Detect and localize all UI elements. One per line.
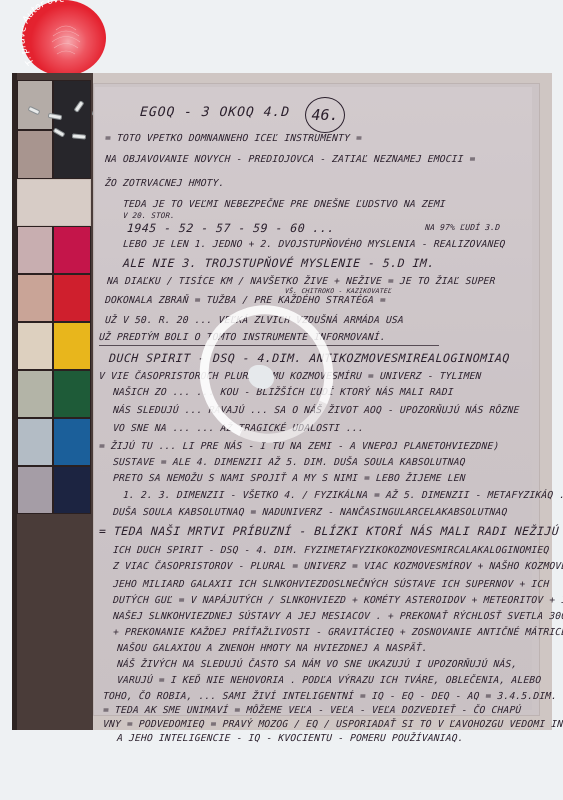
text-line: 1. 2. 3. DIMENZII - VŠETKO 4. / FYZIKÁLN… xyxy=(123,490,563,501)
patch-magenta xyxy=(53,226,91,274)
page-number: 46. xyxy=(305,97,345,133)
text-line: VŠ. CHITROKO - KAZIKOVATEĽ xyxy=(285,287,393,295)
text-line: ALE NIE 3. TROJSTUPŇOVÉ MYSLENIE - 5.D I… xyxy=(123,256,436,270)
text-line: = TOTO VPETKO DOMNANNEHO ICEĽ INSTRUMENT… xyxy=(105,133,363,144)
manuscript-header: EGOQ - 3 OKOQ 4.D xyxy=(139,105,290,120)
text-line: NA 97% ĽUDÍ 3.D xyxy=(425,223,501,232)
text-line: NAŠOU GALAXIOU A ZNENOH HMOTY NA HVIEZDN… xyxy=(117,643,429,654)
color-calibration-strip xyxy=(12,73,93,730)
text-line: NAŠEJ SLNKOHVIEZDNEJ SÚSTAVY A JEJ MESIA… xyxy=(113,611,563,622)
text-line: PRETO SA NEMOŽU S NAMI SPOJIŤ A MY S NIM… xyxy=(113,473,466,484)
patch-blue xyxy=(53,418,91,466)
text-line: JEHO MILIARD GALAXII ICH SLNKOHVIEZDOSLN… xyxy=(113,579,550,590)
patch-lilac-gray xyxy=(17,466,53,514)
text-line: ICH DUCH SPIRIT - DSQ - 4. DIM. FYZIMETA… xyxy=(113,545,550,556)
text-line: A JEHO INTELIGENCIE - IQ - KVOCIENTU - P… xyxy=(117,733,464,744)
patch-ivory xyxy=(17,322,53,370)
patch-red xyxy=(53,274,91,322)
text-line: + PREKONANIE KAŽDEJ PRÍŤAŽLIVOSTI - GRAV… xyxy=(113,627,563,638)
svg-text:T. pravé Autor ové: T. pravé Autor ové xyxy=(22,0,65,67)
text-line: VARUJÚ = I KEĎ NIE NEHOVORIA . PODĽA VÝR… xyxy=(117,675,542,686)
patch-yellow xyxy=(53,322,91,370)
patch-light-gray xyxy=(17,80,53,130)
text-line: NA OBJAVOVANIE NOVYCH - PREDIOJOVCA - ZA… xyxy=(105,154,476,165)
text-line: VNY = PODVEDOMIEQ = PRAVÝ MOZOG / EQ / U… xyxy=(103,719,563,730)
patch-cream xyxy=(17,179,91,226)
text-line: TEDA JE TO VEĽMI NEBEZPEČNE PRE DNEŠNE Ľ… xyxy=(123,199,446,210)
patch-sage xyxy=(17,370,53,418)
text-line: = ŽIJÚ TU ... LI PRE NÁS - I TU NA ZEMI … xyxy=(99,441,500,452)
text-line: ŽO ZOTRVACNEJ HMOTY. xyxy=(105,178,225,189)
text-line: Z VIAC ČASOPRISTOROV - PLURAL = UNIVERZ … xyxy=(113,561,563,572)
text-line: V 20. STOR. xyxy=(123,211,176,220)
text-line: DOKONALA ZBRAŇ = TUŽBA / PRE KAŽDÉHO STR… xyxy=(105,295,387,306)
text-line: = TEDA NAŠI MRTVI PRÍBUZNÍ - BLÍZKI KTOR… xyxy=(99,524,560,538)
text-line: SUSTAVE = ALE 4. DIMENZII AŽ 5. DIM. DUŠ… xyxy=(113,457,466,468)
text-line: NA DIAĽKU / TISÍCE KM / NAVŠETKO ŽIVE + … xyxy=(107,276,496,287)
text-line: 1945 - 52 - 57 - 59 - 60 ... xyxy=(127,221,336,235)
patch-green xyxy=(53,370,91,418)
patch-navy xyxy=(53,466,91,514)
text-line: DUŠA SOULA KABSOLUTNAQ = NADUNIVERZ - NA… xyxy=(113,507,508,518)
patch-pale-blue xyxy=(17,418,53,466)
text-line: NÁŠ ŽIVÝCH NA SLEDUJÚ ČASTO SA NÁM VO SN… xyxy=(117,659,518,670)
text-line: DUTÝCH GUĽ = V NAPÁJUTÝCH / SLNKOHVIEZD … xyxy=(113,595,563,606)
text-line: = TEDA AK SME UNIMAVÍ = MÔŽEME VEĽA - VE… xyxy=(103,705,522,716)
text-line: TOHO, ČO ROBIA, ... SAMI ŽIVÍ INTELIGENT… xyxy=(103,691,558,702)
patch-peach-tint xyxy=(17,274,53,322)
stamp-text: T. pravé Autor ové xyxy=(22,0,106,76)
patch-mid-taupe xyxy=(17,130,53,179)
white-blot xyxy=(248,365,274,389)
text-line: LEBO JE LEN 1. JEDNO + 2. DVOJSTUPŇOVÉHO… xyxy=(123,239,506,250)
patch-pink-tint xyxy=(17,226,53,274)
red-fingerprint-stamp: T. pravé Autor ové xyxy=(22,0,106,76)
